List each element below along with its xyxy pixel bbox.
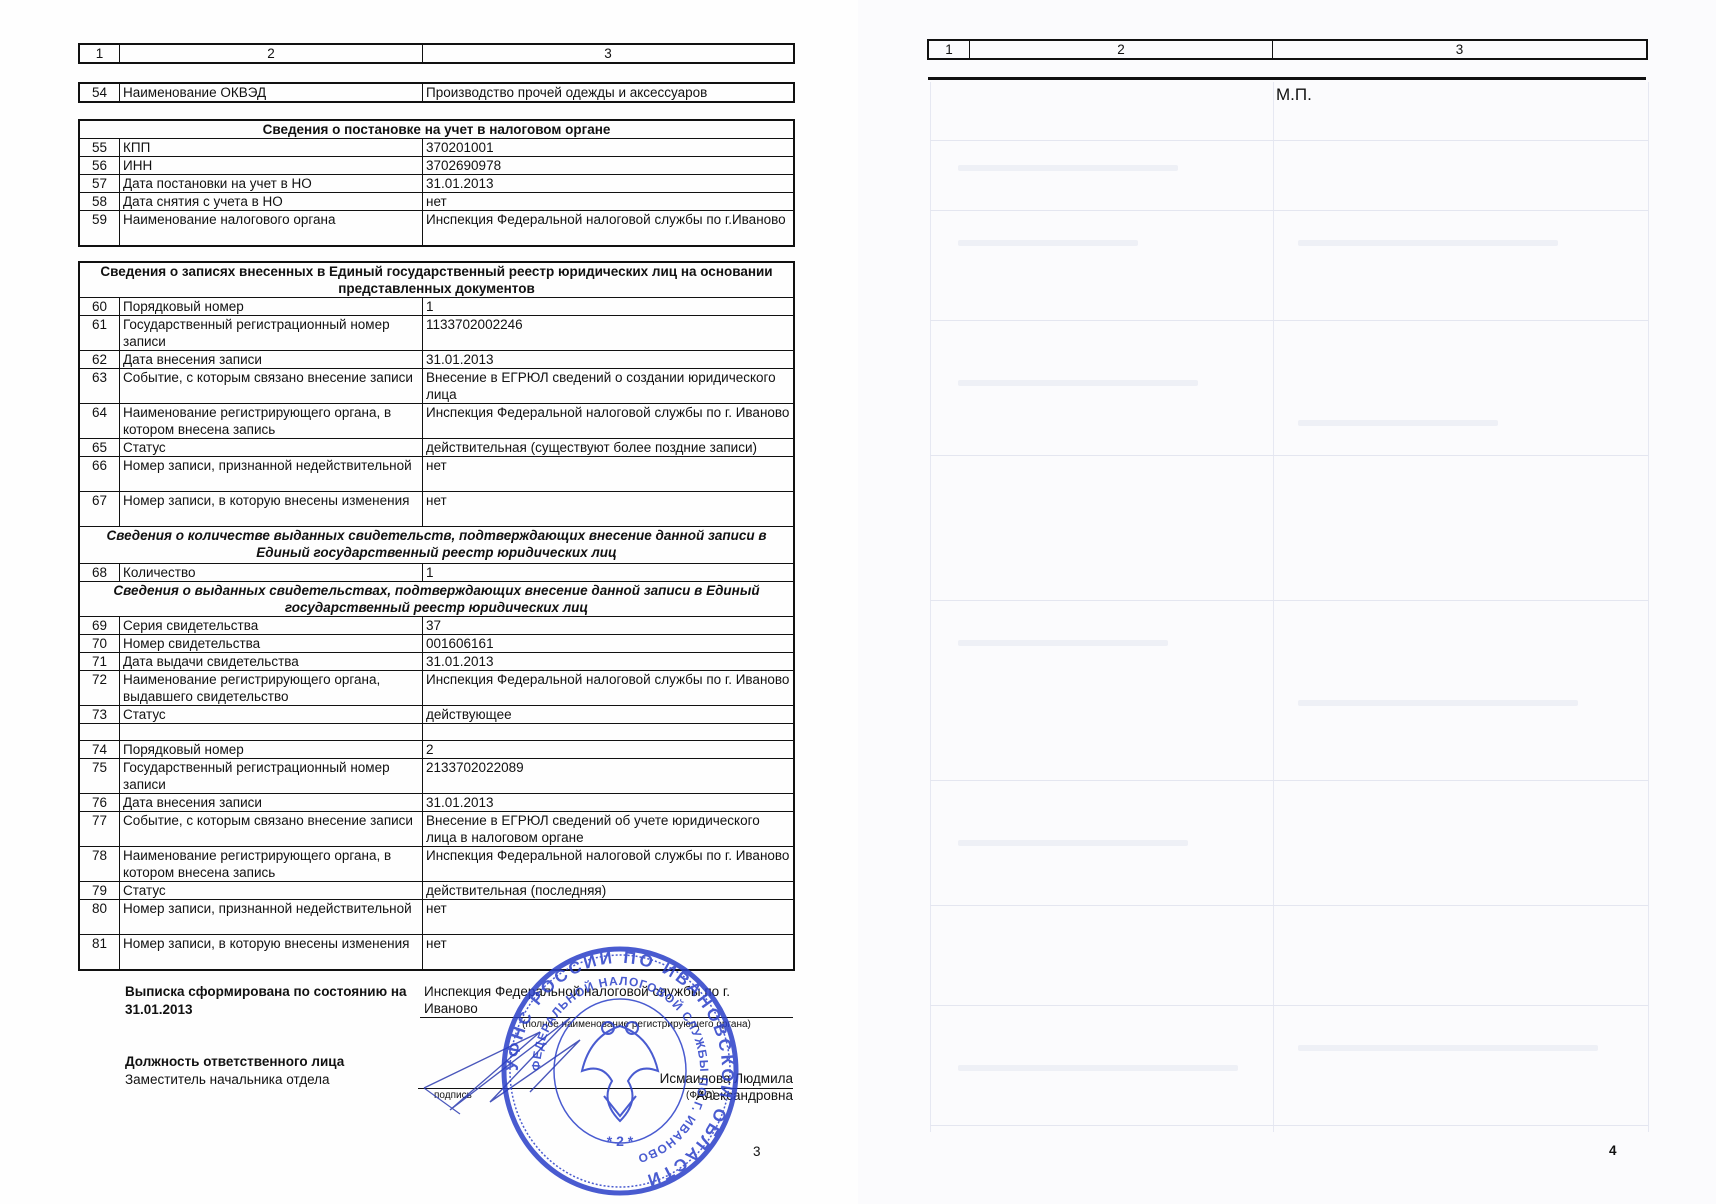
- row-number: 65: [80, 439, 120, 457]
- row-value: 2: [423, 741, 794, 759]
- row-label: Наименование ОКВЭД: [120, 84, 423, 102]
- extract-formed-date: 31.01.2013: [125, 1001, 193, 1019]
- registry-records-table: Сведения о записях внесенных в Единый го…: [79, 262, 794, 970]
- table-row: 73 Статус действующее: [80, 706, 794, 724]
- bleed-through-text: [1298, 240, 1558, 246]
- row-number: 75: [80, 759, 120, 794]
- bleed-through-line: [1648, 82, 1649, 1132]
- row-value: нет: [423, 935, 794, 970]
- bleed-through-line: [930, 455, 1648, 456]
- row-label: Статус: [120, 882, 423, 900]
- table-row: 64 Наименование регистрирующего органа, …: [80, 404, 794, 439]
- blank-row: [80, 724, 794, 741]
- table-row: 72 Наименование регистрирующего органа, …: [80, 671, 794, 706]
- row-value: 2133702022089: [423, 759, 794, 794]
- row-number: 74: [80, 741, 120, 759]
- row-value: 1133702002246: [423, 316, 794, 351]
- row-number: 77: [80, 812, 120, 847]
- row-label: Номер записи, в которую внесены изменени…: [120, 935, 423, 970]
- bleed-through-line: [930, 1125, 1648, 1126]
- bleed-through-line: [930, 600, 1648, 601]
- row-number: 73: [80, 706, 120, 724]
- row-number: 55: [80, 139, 120, 157]
- responsible-full-name: Исмаилова Людмила Александровна: [560, 1070, 793, 1104]
- row-value: действующее: [423, 706, 794, 724]
- row-label: Наименование регистрирующего органа, выд…: [120, 671, 423, 706]
- page-number: 4: [1609, 1142, 1617, 1159]
- row-label: Дата внесения записи: [120, 794, 423, 812]
- row-number: 70: [80, 635, 120, 653]
- bleed-through-line: [930, 210, 1648, 211]
- row-label: Наименование регистрирующего органа, в к…: [120, 404, 423, 439]
- row-value: 37: [423, 617, 794, 635]
- table-row: 59 Наименование налогового органа Инспек…: [80, 211, 794, 246]
- row-label: Статус: [120, 439, 423, 457]
- extract-formed-label: Выписка сформирована по состоянию на: [125, 983, 425, 1001]
- row-value: Инспекция Федеральной налоговой службы п…: [423, 847, 794, 882]
- registering-authority-name: Инспекция Федеральной налоговой службы п…: [424, 983, 764, 1017]
- row-number: 81: [80, 935, 120, 970]
- table-row: 77 Событие, с которым связано внесение з…: [80, 812, 794, 847]
- row-number: 78: [80, 847, 120, 882]
- row-number: 54: [80, 84, 120, 102]
- row-number: 72: [80, 671, 120, 706]
- table-row: 61 Государственный регистрационный номер…: [80, 316, 794, 351]
- bleed-through-text: [1298, 420, 1498, 426]
- column-header-table: 1 2 3: [928, 40, 1647, 59]
- row-value: 31.01.2013: [423, 351, 794, 369]
- row-label: Дата внесения записи: [120, 351, 423, 369]
- subsection-title-count: Сведения о количестве выданных свидетель…: [80, 527, 794, 564]
- bleed-through-line: [930, 320, 1648, 321]
- stamp-place-label: М.П.: [1276, 85, 1312, 105]
- row-number: 59: [80, 211, 120, 246]
- row-label: Государственный регистрационный номер за…: [120, 759, 423, 794]
- row-number: [80, 724, 120, 741]
- bleed-through-text: [1298, 700, 1578, 706]
- table-row: 76 Дата внесения записи 31.01.2013: [80, 794, 794, 812]
- subsection-title-certificates: Сведения о выданных свидетельствах, подт…: [80, 582, 794, 617]
- bleed-through-line: [930, 905, 1648, 906]
- row-value: Инспекция Федеральной налоговой службы п…: [423, 404, 794, 439]
- bleed-through-text: [1298, 1045, 1598, 1051]
- row-label: Номер записи, признанной недействительно…: [120, 457, 423, 492]
- table-row: 75 Государственный регистрационный номер…: [80, 759, 794, 794]
- bleed-through-text: [958, 165, 1178, 171]
- row-number: 64: [80, 404, 120, 439]
- responsible-position-value: Заместитель начальника отдела: [125, 1071, 330, 1088]
- column-header-table: 1 2 3: [79, 44, 794, 63]
- row-number: 58: [80, 193, 120, 211]
- table-row: 74 Порядковый номер 2: [80, 741, 794, 759]
- row-label: Дата выдачи свидетельства: [120, 653, 423, 671]
- row-value: 31.01.2013: [423, 794, 794, 812]
- row-value: [423, 724, 794, 741]
- table-row: 66 Номер записи, признанной недействител…: [80, 457, 794, 492]
- row-value: Внесение в ЕГРЮЛ сведений об учете юриди…: [423, 812, 794, 847]
- row-label: Количество: [120, 564, 423, 582]
- column-header-1: 1: [929, 41, 970, 59]
- bleed-through-text: [958, 840, 1188, 846]
- row-value: 31.01.2013: [423, 653, 794, 671]
- row-value: нет: [423, 492, 794, 527]
- table-row: 60 Порядковый номер 1: [80, 298, 794, 316]
- signature-caption: подпись: [434, 1090, 472, 1102]
- row-number: 56: [80, 157, 120, 175]
- page-3: 1 2 3 54 Наименование ОКВЭД Производство…: [0, 0, 858, 1204]
- row-number: 76: [80, 794, 120, 812]
- row-value: Инспекция Федеральной налоговой службы п…: [423, 671, 794, 706]
- table-row: 70 Номер свидетельства 001606161: [80, 635, 794, 653]
- row-number: 80: [80, 900, 120, 935]
- table-row: 63 Событие, с которым связано внесение з…: [80, 369, 794, 404]
- bleed-through-text: [958, 380, 1198, 386]
- bleed-through-line: [930, 140, 1648, 141]
- table-row: 55 КПП 370201001: [80, 139, 794, 157]
- column-header-2: 2: [970, 41, 1273, 59]
- row-label: Дата снятия с учета в НО: [120, 193, 423, 211]
- row-value: 1: [423, 564, 794, 582]
- table-row: 79 Статус действительная (последняя): [80, 882, 794, 900]
- signature-line: [418, 1088, 793, 1089]
- table-row: 78 Наименование регистрирующего органа, …: [80, 847, 794, 882]
- row-value: Внесение в ЕГРЮЛ сведений о создании юри…: [423, 369, 794, 404]
- row-value: действительная (последняя): [423, 882, 794, 900]
- row-value: нет: [423, 457, 794, 492]
- row-label: [120, 724, 423, 741]
- name-caption: (ФИО): [686, 1090, 715, 1102]
- row-label: Порядковый номер: [120, 741, 423, 759]
- okved-table: 54 Наименование ОКВЭД Производство проче…: [79, 83, 794, 102]
- page-number: 3: [753, 1143, 761, 1160]
- bleed-through-line: [1273, 82, 1274, 1132]
- row-value: 3702690978: [423, 157, 794, 175]
- row-value: 1: [423, 298, 794, 316]
- row-value: 31.01.2013: [423, 175, 794, 193]
- bleed-through-text: [958, 640, 1168, 646]
- bleed-through-text: [958, 240, 1138, 246]
- column-header-3: 3: [1273, 41, 1647, 59]
- bleed-through-text: [958, 1065, 1238, 1071]
- row-number: 66: [80, 457, 120, 492]
- table-row: 81 Номер записи, в которую внесены измен…: [80, 935, 794, 970]
- row-number: 63: [80, 369, 120, 404]
- row-value: Инспекция Федеральной налоговой службы п…: [423, 211, 794, 246]
- stamp-number: * 2 *: [607, 1133, 634, 1149]
- section-title: Сведения о постановке на учет в налогово…: [80, 121, 794, 139]
- row-label: Порядковый номер: [120, 298, 423, 316]
- table-row: 80 Номер записи, признанной недействител…: [80, 900, 794, 935]
- row-number: 60: [80, 298, 120, 316]
- row-label: КПП: [120, 139, 423, 157]
- responsible-position-label: Должность ответственного лица: [125, 1053, 344, 1071]
- row-label: Номер записи, в которую внесены изменени…: [120, 492, 423, 527]
- row-value: Производство прочей одежды и аксессуаров: [423, 84, 794, 102]
- tax-registration-table: Сведения о постановке на учет в налогово…: [79, 120, 794, 246]
- column-header-1: 1: [80, 45, 120, 63]
- table-row: 57 Дата постановки на учет в НО 31.01.20…: [80, 175, 794, 193]
- row-value: 370201001: [423, 139, 794, 157]
- row-label: Наименование регистрирующего органа, в к…: [120, 847, 423, 882]
- row-number: 67: [80, 492, 120, 527]
- page-4: 1 2 3 М.П. 4: [858, 0, 1716, 1204]
- section-title: Сведения о записях внесенных в Единый го…: [80, 263, 794, 298]
- row-label: Событие, с которым связано внесение запи…: [120, 812, 423, 847]
- table-row: 71 Дата выдачи свидетельства 31.01.2013: [80, 653, 794, 671]
- row-value: 001606161: [423, 635, 794, 653]
- bleed-through-line: [930, 780, 1648, 781]
- table-row: 65 Статус действительная (существуют бол…: [80, 439, 794, 457]
- bleed-through-line: [930, 82, 931, 1132]
- row-number: 57: [80, 175, 120, 193]
- row-label: Серия свидетельства: [120, 617, 423, 635]
- row-number: 79: [80, 882, 120, 900]
- column-header-3: 3: [423, 45, 794, 63]
- row-label: Дата постановки на учет в НО: [120, 175, 423, 193]
- table-row: 62 Дата внесения записи 31.01.2013: [80, 351, 794, 369]
- row-label: Номер свидетельства: [120, 635, 423, 653]
- bleed-through-line: [930, 1005, 1648, 1006]
- table-top-rule: [928, 77, 1646, 80]
- row-number: 62: [80, 351, 120, 369]
- row-label: ИНН: [120, 157, 423, 175]
- table-row: 58 Дата снятия с учета в НО нет: [80, 193, 794, 211]
- row-label: Наименование налогового органа: [120, 211, 423, 246]
- authority-caption: (полное наименование регистрирующего орг…: [480, 1019, 793, 1031]
- table-row: 56 ИНН 3702690978: [80, 157, 794, 175]
- row-number: 69: [80, 617, 120, 635]
- table-row: 68 Количество 1: [80, 564, 794, 582]
- row-number: 71: [80, 653, 120, 671]
- table-row: 67 Номер записи, в которую внесены измен…: [80, 492, 794, 527]
- row-number: 68: [80, 564, 120, 582]
- row-value: действительная (существуют более поздние…: [423, 439, 794, 457]
- row-value: нет: [423, 193, 794, 211]
- row-label: Статус: [120, 706, 423, 724]
- row-value: нет: [423, 900, 794, 935]
- row-label: Событие, с которым связано внесение запи…: [120, 369, 423, 404]
- row-label: Номер записи, признанной недействительно…: [120, 900, 423, 935]
- column-header-2: 2: [120, 45, 423, 63]
- table-row: 69 Серия свидетельства 37: [80, 617, 794, 635]
- row-label: Государственный регистрационный номер за…: [120, 316, 423, 351]
- authority-underline: [420, 1017, 793, 1018]
- row-number: 61: [80, 316, 120, 351]
